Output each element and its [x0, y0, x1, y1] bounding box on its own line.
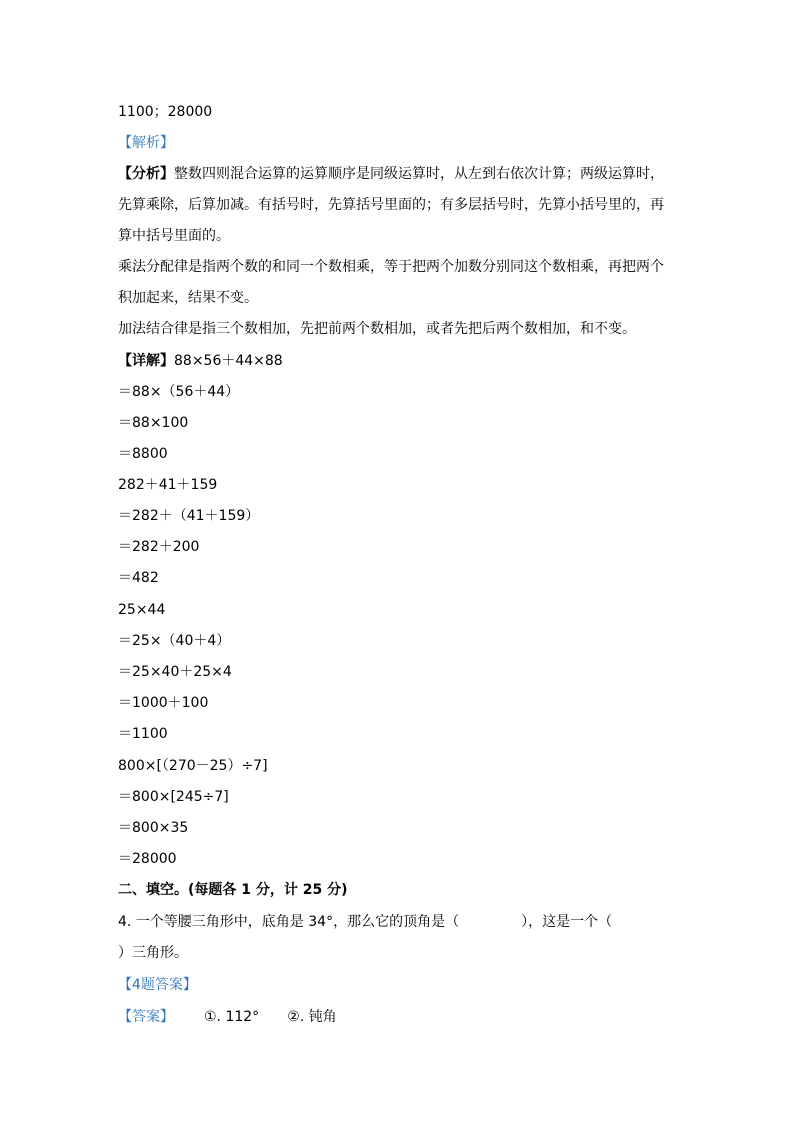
question-4-text-b: ），这是一个（	[521, 914, 612, 930]
calc-step: ＝25×（40＋4）	[118, 632, 230, 650]
calc-step: 800×[（270－25）÷7]	[118, 757, 268, 775]
calc-step: ＝800×35	[118, 819, 188, 837]
calc-step: ＝1100	[118, 725, 168, 743]
calc-step: ＝282＋200	[118, 538, 199, 556]
detail-line: 【详解】88×56＋44×88	[118, 352, 283, 370]
calc-step: ＝8800	[118, 445, 168, 463]
calc-step: ＝28000	[118, 850, 177, 868]
calc-step: ＝1000＋100	[118, 694, 208, 712]
analysis-header: 【解析】	[118, 134, 174, 152]
analysis-text: 整数四则混合运算的运算顺序是同级运算时，从左到右依次计算；两级运算时，	[174, 166, 664, 182]
question-4-line-2: ）三角形。	[118, 944, 188, 962]
distributive-law-line-2: 积加起来，结果不变。	[118, 289, 258, 307]
calc-step: 25×44	[118, 601, 165, 619]
answer-header: 【4题答案】	[118, 976, 197, 994]
analysis-paragraph-line-1: 【分析】整数四则混合运算的运算顺序是同级运算时，从左到右依次计算；两级运算时，	[118, 165, 664, 183]
calc-step: ＝282＋（41＋159）	[118, 507, 259, 525]
distributive-law-line-1: 乘法分配律是指两个数的和同一个数相乘，等于把两个加数分别同这个数相乘，再把两个	[118, 258, 664, 276]
analysis-paragraph-line-3: 算中括号里面的。	[118, 227, 230, 245]
calc-step: ＝88×（56＋44）	[118, 383, 239, 401]
answer-1: ①. 112°	[204, 1009, 259, 1025]
answer-2: ②. 钝角	[287, 1009, 336, 1025]
top-answer: 1100；28000	[118, 103, 212, 121]
document-page: 1100；28000 【解析】 【分析】整数四则混合运算的运算顺序是同级运算时，…	[0, 0, 794, 1123]
calc-step: 88×56＋44×88	[174, 353, 283, 369]
question-4-text-a: 4. 一个等腰三角形中，底角是 34°，那么它的顶角是（	[118, 914, 459, 930]
answer-label: 【答案】	[118, 1009, 174, 1025]
analysis-label: 【分析】	[118, 166, 174, 182]
calc-step: ＝25×40＋25×4	[118, 663, 232, 681]
section-heading: 二、填空。(每题各 1 分，计 25 分)	[118, 881, 348, 899]
analysis-paragraph-line-2: 先算乘除，后算加减。有括号时，先算括号里面的；有多层括号时，先算小括号里的，再	[118, 196, 664, 214]
calc-step: 282＋41＋159	[118, 476, 217, 494]
associative-law-line: 加法结合律是指三个数相加，先把前两个数相加，或者先把后两个数相加，和不变。	[118, 320, 636, 338]
detail-label: 【详解】	[118, 353, 174, 369]
question-4-line-1: 4. 一个等腰三角形中，底角是 34°，那么它的顶角是（），这是一个（	[118, 913, 612, 931]
calc-step: ＝88×100	[118, 414, 188, 432]
calc-step: ＝482	[118, 569, 159, 587]
answer-line: 【答案】①. 112°②. 钝角	[118, 1008, 337, 1026]
calc-step: ＝800×[245÷7]	[118, 788, 229, 806]
